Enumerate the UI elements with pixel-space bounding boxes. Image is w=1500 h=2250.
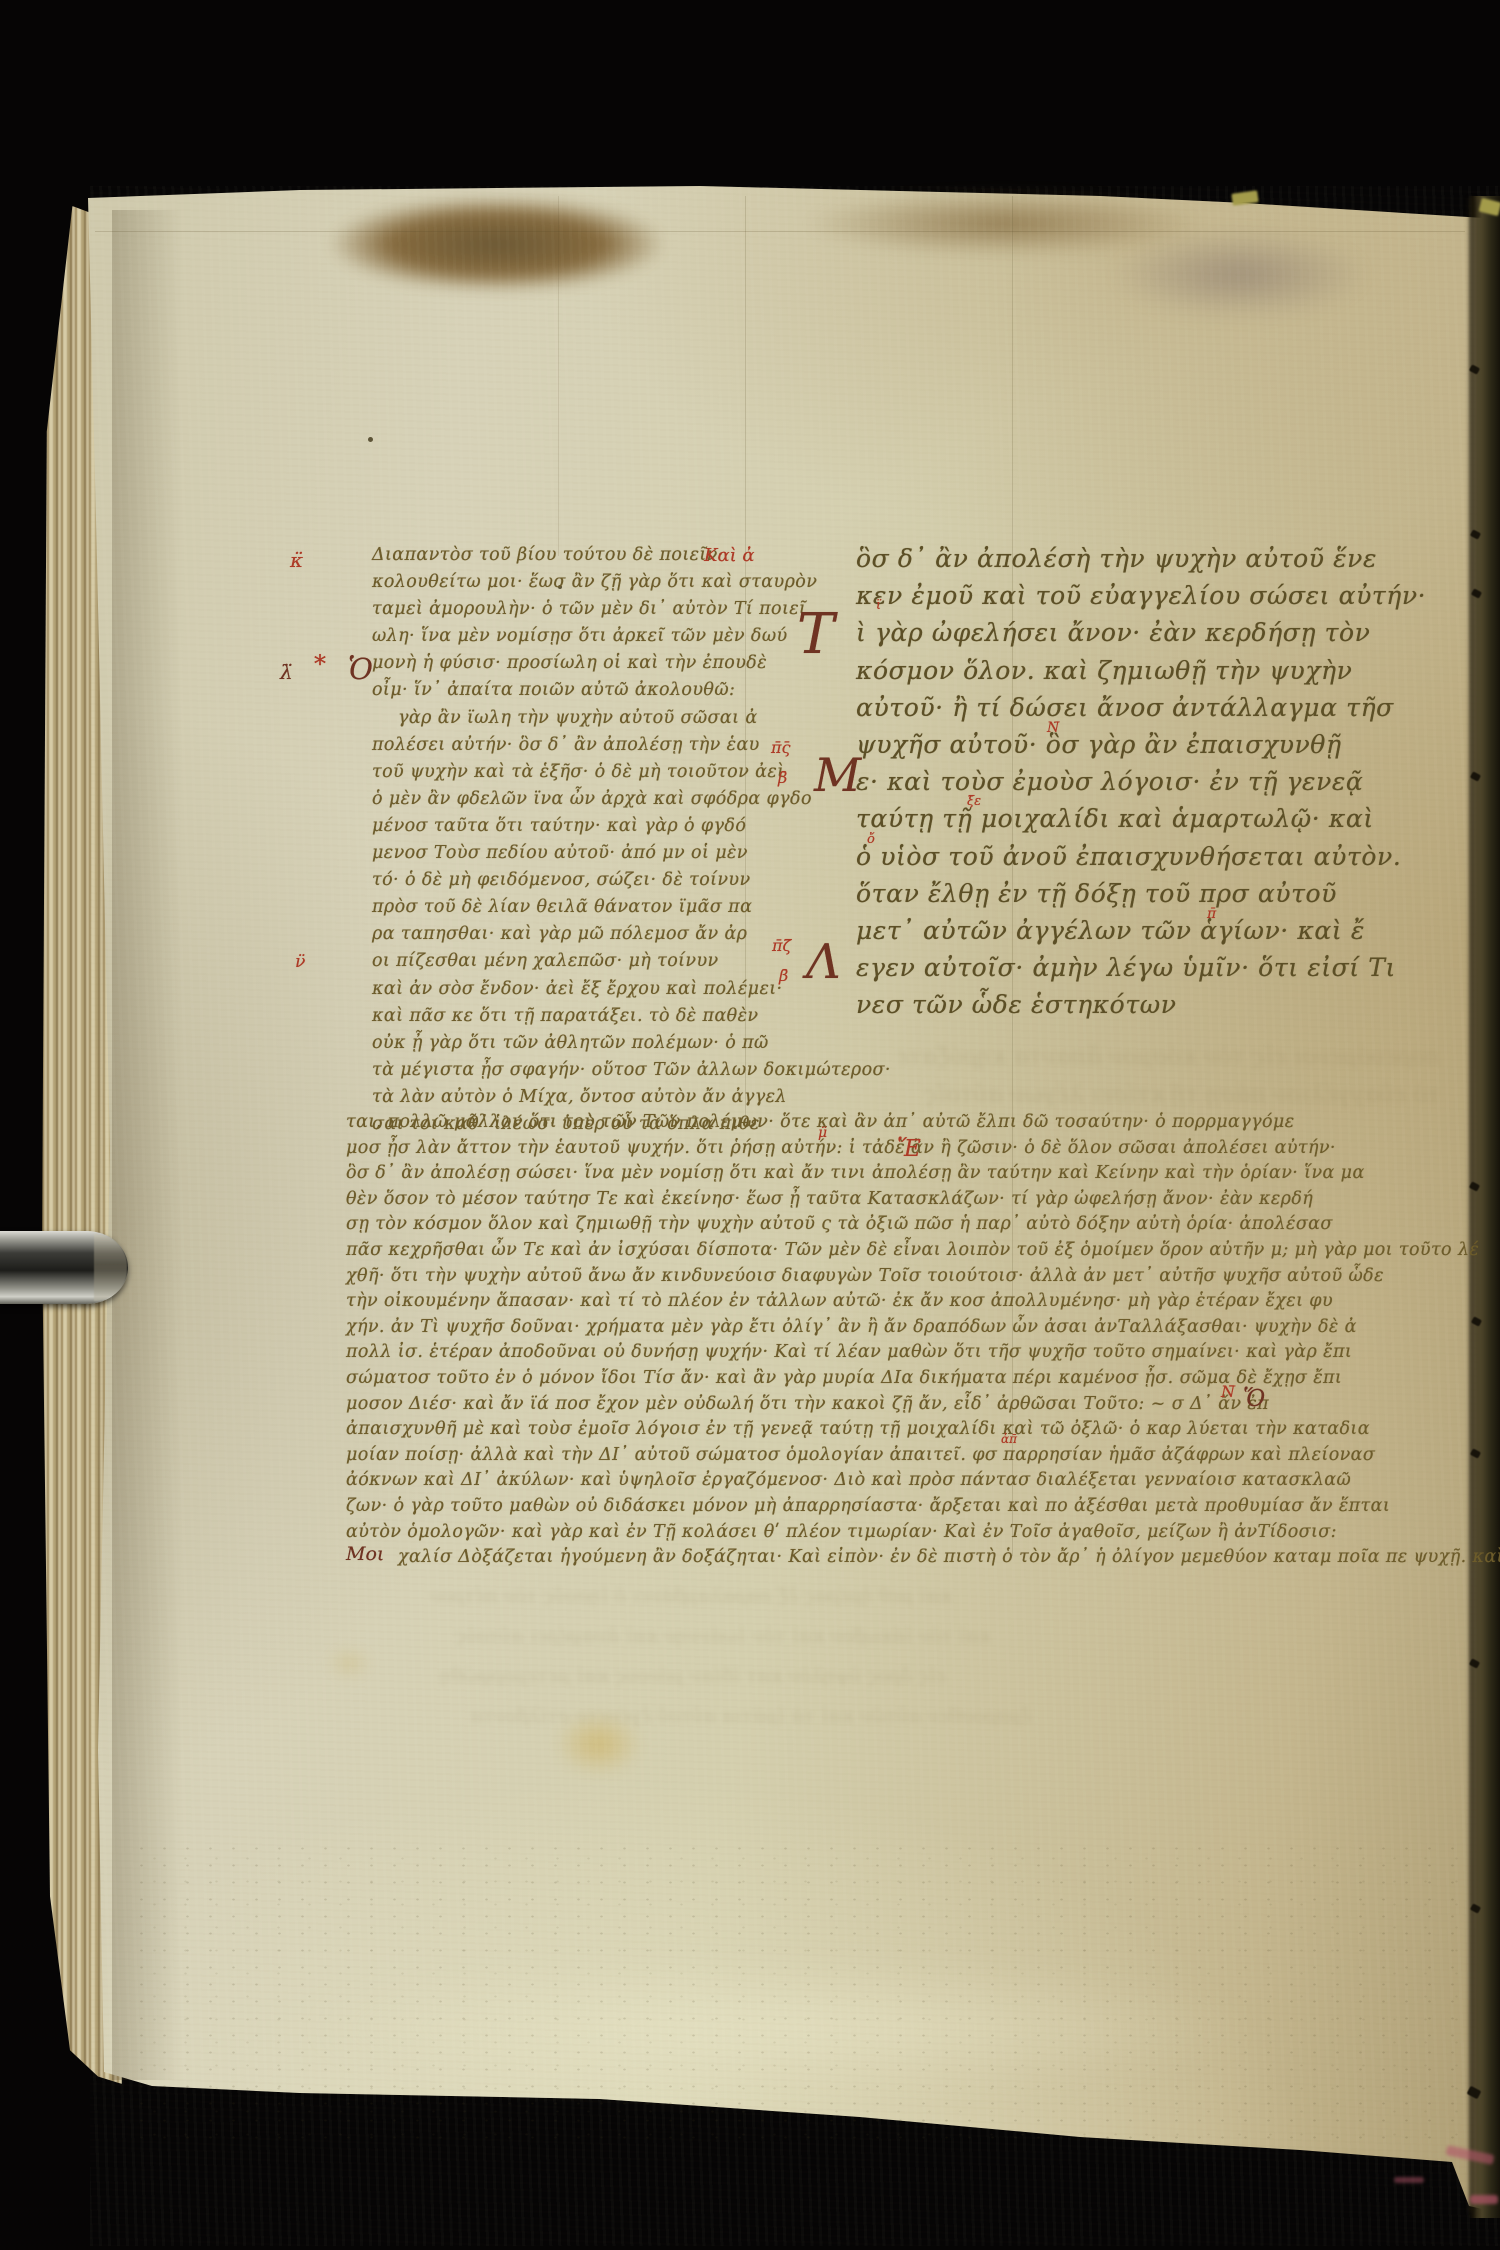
ink-speck [368,437,373,442]
text-line: σῃ τὸν κόσμον ὅλον καὶ ζημιωθῇ τὴν ψυχὴν… [346,1212,1474,1238]
text-line: ζων· ὁ γὰρ τοῦτο μαθὼν οὐ διδάσκει μόνον… [346,1494,1474,1520]
text-line: τὰ μέγιστα ᾖσ σφαγήν· οὕτοσ Τῶν ἀλλων δο… [372,1057,872,1084]
rubric-line-end-red-text: Καὶ ἀ [704,545,755,566]
large-initial-mu: Μ [814,748,861,802]
text-line: οι πίζεσθαι μένη χαλεπῶσ· μὴ τοίνυν [372,948,872,975]
commentary-bottom-block: ται, πολλῶ μᾶλλον ὅτι τοὺ τῶν Τῶν πολέμω… [346,1110,1474,1571]
eusebian-canon-2: β̄ [778,768,787,787]
showthrough-line: καὶ μεθ ἡμέρας ἓξ παραλαμβάνει ὁ ἰησοῦς … [430,1585,952,1607]
showthrough-line: πορευόμενοι εἰς τὸν κόσμον ἅπαντα κηρύξα… [880,1044,1440,1070]
showthrough-line: τὸ εὐαγγέλιον πάσῃ τῇ κτίσει λέγων αὐτοῖ… [900,1082,1440,1108]
text-line: ψυχῆσ αὐτοῦ· ὃσ γὰρ ἂν ἐπαισχυνθῇ [856,726,1472,763]
interlinear-red-mark: ἀπ̄ [1001,1432,1017,1446]
text-line: θὲν ὅσον τὸ μέσον ταύτησ Τε καὶ ἐκείνησ·… [346,1187,1474,1213]
text-line: κεν ἐμοῦ καὶ τοῦ εὐαγγελίου σώσει αὐτήν· [856,577,1472,614]
interlinear-red-mark: π̄ [1207,906,1216,922]
text-line: μοσον Διέσ· καὶ ἄν ϊά ποσ ἔχον μὲν οὐδωλ… [346,1392,1474,1418]
margin-nu-mark: ν̈ [295,952,305,972]
text-line: καὶ πᾶσ κε ὅτι τῇ παρατάξει. τὸ δὲ παθὲν [372,1003,872,1030]
text-line: τὴν οἰκουμένην ἅπασαν· καὶ τί τὸ πλέον ἐ… [346,1289,1474,1315]
margin-asterisk-mark: * [314,650,326,678]
parchment-speckles [130,1840,1460,2140]
text-line: μένοσ ταῦτα ὅτι ταύτην· καὶ γὰρ ὁ φγδό [372,813,872,840]
text-line: ὃσ δ᾽ ἂν ἀπολέσὴ τὴν ψυχὴν αὐτοῦ ἕνε [856,540,1472,577]
red-initial-epsilon: Ἕ [897,1136,921,1162]
text-line: οὐκ ᾖ γὰρ ὅτι τῶν ἀθλητῶν πολέμων· ὁ πῶ [372,1030,872,1057]
text-line: γὰρ ἂν ϊωλη τὴν ψυχὴν αὐτοῦ σῶσαι ἀ [372,705,872,732]
ammonian-section-87: π̄ζ̄ [772,936,791,955]
text-line: ὁ μὲν ἂν φδελῶν ϊνα ὦν ἀρχὰ καὶ σφόδρα φ… [372,786,872,813]
text-line: αὐτοῦ· ἢ τί δώσει ἄνοσ ἀντάλλαγμα τῆσ [856,689,1472,726]
text-line: πολέσει αὐτήν· ὃσ δ᾽ ἂν ἀπολέσῃ τὴν ἑαυ [372,732,872,759]
initial-omicron-hos: Ὅ [1243,1386,1265,1412]
small-yellow-stain [318,1642,380,1684]
section-number-nu: Ν̄ [1221,1382,1235,1401]
margin-kephalaion-kappa: κ̈ [290,548,303,572]
margin-lambda-mark: λ̈ [280,660,293,684]
showthrough-line: καὶ τὸν ἰάκωβον καὶ τὸν ἰωάννην καὶ ἀναφ… [455,1625,991,1647]
text-line: τοῦ ψυχὴν καὶ τὰ ἑξῆσ· ὁ δὲ μὴ τοιοῦτον … [372,759,872,786]
pink-fore-edge [1470,2195,1498,2204]
text-line: ἀόκνων καὶ ΔΙ᾽ ἀκύλων· καὶ ὑψηλοῖσ ἐργαζ… [346,1468,1474,1494]
ruling-line-vertical-1 [558,196,559,556]
ruling-line-horizontal [95,231,1465,232]
text-line: τὰ λὰν αὐτὸν ὁ Μίχα, ὄντοσ αὐτὸν ἄν ἀγγε… [372,1084,872,1111]
text-line: ε· καὶ τοὺσ ἐμοὺσ λόγοισ· ἐν τῇ γενεᾷ [856,763,1472,800]
initial-moi: Μοι [346,1543,384,1565]
text-line: μοίαν ποίσῃ· ἀλλὰ καὶ τὴν ΔΙ᾽ αὐτοῦ σώμα… [346,1443,1474,1469]
text-line: ὁ υἱὸσ τοῦ ἀνοῦ ἐπαισχυνθήσεται αὐτὸν. [856,838,1472,875]
photo-black-background: { "inks": { "commentary_brown": "#6d5c2b… [0,0,1500,2250]
text-line: νεσ τῶν ὧδε ἑστηκότων [856,986,1472,1023]
text-line: χθῆ· ὅτι τὴν ψυχὴν αὐτοῦ ἄνω ἄν κινδυνεύ… [346,1264,1474,1290]
text-line: κόσμον ὅλον. καὶ ζημιωθῇ τὴν ψυχὴν [856,652,1472,689]
eusebian-canon-2: β̄ [779,966,788,985]
text-line: ρα ταπησθαι· καὶ γὰρ μῶ πόλεμοσ ἄν ἀρ [372,921,872,948]
interlinear-red-mark: ϊ [876,598,881,613]
enlarged-initial-omicron: Ὁ [348,652,373,686]
text-line: πρὸσ τοῦ δὲ λίαν θειλᾶ θάνατον ϊμᾶσ πα [372,894,872,921]
gospel-text-column: ὃσ δ᾽ ἂν ἀπολέσὴ τὴν ψυχὴν αὐτοῦ ἕνε κεν… [856,540,1472,1024]
text-line: μετ᾽ αὐτῶν ἀγγέλων τῶν ἁγίων· καὶ ἔ [856,912,1472,949]
text-line: χαλίσ Δὸξάζεται ἡγούμενη ἂν δοξάζηται· Κ… [346,1545,1474,1571]
text-line: ται, πολλῶ μᾶλλον ὅτι τοὺ τῶν Τῶν πολέμω… [346,1110,1474,1136]
text-line: τό· ὁ δὲ μὴ φειδόμενοσ, σώζει· δὲ τοίνυν [372,867,872,894]
left-edge-shadow [112,210,182,2080]
text-line: ὅταν ἔλθῃ ἐν τῇ δόξῃ τοῦ πρσ αὐτοῦ [856,875,1472,912]
large-initial-tau: Τ [797,602,834,667]
text-line: ὶ γὰρ ὠφελήσει ἄνον· ἐὰν κερδήσῃ τὸν [856,614,1472,651]
block-red-mark: μ̈ [818,1125,827,1141]
interlinear-red-mark: ξ̈ε [967,794,981,809]
top-brown-stain [262,178,732,310]
text-line: χήν. ἀν Τὶ ψυχῆσ δοῦναι· χρήματα μὲν γὰρ… [346,1315,1474,1341]
text-line: ὃσ δ᾽ ἂν ἀπολέσῃ σώσει· ἵνα μὲν νομίσῃ ὅ… [346,1161,1474,1187]
text-line: οἶμ· ἵν᾽ ἀπαίτα ποιῶν αὐτῶ ἀκολουθῶ: [372,677,872,704]
interlinear-red-mark: ὄ [867,832,875,847]
text-line: αὐτὸν ὁμολογῶν· καὶ γὰρ καὶ ἐν Τῇ κολάσε… [346,1520,1474,1546]
showthrough-line: ἔμπροσθεν αὐτῶν καὶ τὰ ἱμάτια αὐτοῦ ἐγέν… [470,1705,1031,1727]
text-line: πᾶσ κεχρῆσθαι ὦν Τε καὶ ἀν ἰσχύσαι δίσπο… [346,1238,1474,1264]
text-line: ἀπαισχυνθῆ μὲ καὶ τοὺσ ἐμοῖσ λόγοισ ἐν τ… [346,1417,1474,1443]
showthrough-line: εἰς ὄρος ὑψηλὸν κατ ἰδίαν μόνους καὶ μετ… [440,1665,946,1687]
text-line: ταύτῃ τῇ μοιχαλίδι καὶ ἁμαρτωλῷ· καὶ [856,800,1472,837]
ammonian-section-86: π̄ς̄ [771,738,790,757]
text-line: πολλ ἰσ. ἑτέραν ἀποδοῦναι οὐ δυνήσῃ ψυχή… [346,1340,1474,1366]
text-line: Διαπαντὸσ τοῦ βίου τούτου δὲ ποιεῖν· [372,542,872,569]
text-line: σώματοσ τοῦτο ἐν ὁ μόνον ἴδοι Τίσ ἄν· κα… [346,1366,1474,1392]
pink-fore-edge [1394,2177,1424,2183]
text-line: μενοσ Τοὺσ πεδίου αὐτοῦ· ἀπό μν οἱ μὲν [372,840,872,867]
text-line: εγεν αὐτοῖσ· ἀμὴν λέγω ὑμῖν· ὅτι εἰσί Τι [856,949,1472,986]
large-initial-lambda: Λ [806,934,841,990]
text-line: κολουθείτω μοι· ἕωσ ἂν ζῇ γὰρ ὅτι καὶ στ… [372,569,872,596]
text-line: καὶ ἀν σὸσ ἔνδον· ἀεὶ ἔξ ἔρχου καὶ πολέμ… [372,976,872,1003]
interlinear-red-mark: Ν̈ [1047,720,1059,736]
